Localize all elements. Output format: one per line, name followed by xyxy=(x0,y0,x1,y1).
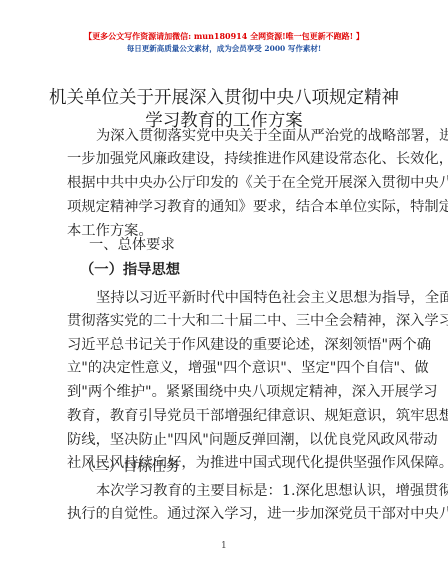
intro-line: 为深入贯彻落实党中央关于全面从严治党的战略部署，进 xyxy=(96,126,383,146)
body-line: 防线，坚决防止"四风"问题反弹回潮，以优良党风政风带动 xyxy=(67,430,383,450)
section-heading-general-requirements: 一、总体要求 xyxy=(89,235,175,255)
body-line: 执行的自觉性。通过深入学习，进一步加深党员干部对中央八 xyxy=(67,504,383,524)
promo-header-line-1: 【更多公文写作资源请加微信: mun180914 全网资源!唯一包更新不跑路! … xyxy=(0,31,448,42)
body-line: 本次学习教育的主要目标是：1.深化思想认识，增强贯彻 xyxy=(96,481,383,501)
intro-line: 一步加强党风廉政建设，持续推进作风建设常态化、长效化， xyxy=(67,149,383,169)
body-line: 贯彻落实党的二十大和二十届二中、三中全会精神，深入学习 xyxy=(67,311,383,331)
body-line: 习近平总书记关于作风建设的重要论述，深刻领悟"两个确 xyxy=(67,335,383,355)
document-title-line-1: 机关单位关于开展深入贯彻中央八项规定精神 xyxy=(0,87,448,109)
page-number: 1 xyxy=(221,540,227,552)
intro-line: 根据中共中央办公厅印发的《关于在全党开展深入贯彻中央八 xyxy=(67,173,383,193)
document-page: 【更多公文写作资源请加微信: mun180914 全网资源!唯一包更新不跑路! … xyxy=(0,0,448,580)
body-line: 教育，教育引导党员干部增强纪律意识、规矩意识，筑牢思想 xyxy=(67,406,383,426)
body-line: 立"的决定性意义，增强"四个意识"、坚定"四个自信"、做 xyxy=(67,358,383,378)
subsection-heading-goals-tasks: （二）目标任务 xyxy=(80,457,180,477)
promo-header-line-2: 每日更新高质量公文素材，成为会员享受 2000 写作素材! xyxy=(0,43,448,54)
intro-line: 项规定精神学习教育的通知》要求，结合本单位实际，特制定 xyxy=(67,197,383,217)
body-line: 坚持以习近平新时代中国特色社会主义思想为指导，全面 xyxy=(96,288,383,308)
subsection-heading-guiding-ideology: （一）指导思想 xyxy=(80,260,180,280)
body-line: 到"两个维护"。紧紧围绕中央八项规定精神，深入开展学习 xyxy=(67,382,383,402)
